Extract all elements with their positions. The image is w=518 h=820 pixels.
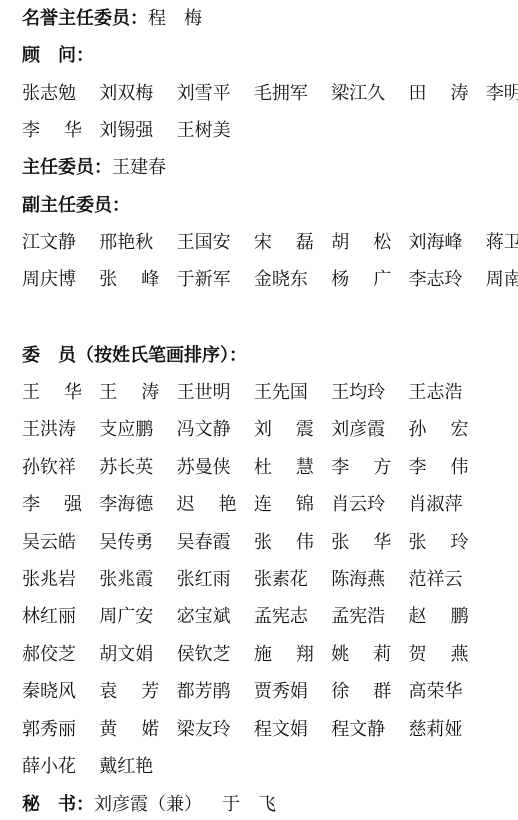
person-name: 张素花 — [254, 566, 314, 594]
person-name: 程文娟 — [254, 716, 314, 744]
secretary-name-2: 于 飞 — [222, 794, 276, 815]
person-name: 王先国 — [254, 379, 314, 407]
person-name: 范祥云 — [409, 566, 469, 594]
person-name: 胡松 — [331, 229, 391, 257]
person-name: 吴传勇 — [99, 529, 159, 557]
director-line: 主任委员：王建春 — [22, 154, 166, 182]
person-name: 刘雪平 — [177, 80, 237, 108]
person-name: 刘海峰 — [409, 229, 469, 257]
director-label: 主任委员： — [22, 157, 112, 178]
person-name: 贺燕 — [409, 641, 469, 669]
person-name: 张华 — [331, 529, 391, 557]
person-name: 李明龙 — [486, 80, 518, 108]
advisors-heading: 顾 问： — [22, 42, 94, 70]
person-name: 王国安 — [177, 229, 237, 257]
person-name: 都芳鹃 — [177, 678, 237, 706]
person-name: 苏曼侠 — [177, 454, 237, 482]
advisors-label: 顾 问： — [22, 45, 94, 66]
person-name: 李志玲 — [409, 266, 469, 294]
person-name: 秦晓风 — [22, 678, 82, 706]
person-name: 王志浩 — [409, 379, 469, 407]
person-name: 胡文娟 — [99, 641, 159, 669]
person-name: 陈海燕 — [331, 566, 391, 594]
person-name: 刘双梅 — [99, 80, 159, 108]
person-name: 邢艳秋 — [99, 229, 159, 257]
members-heading: 委 员（按姓氏笔画排序）： — [22, 342, 247, 370]
person-name: 李伟 — [409, 454, 469, 482]
person-name: 冯文静 — [177, 416, 237, 444]
person-name: 田涛 — [409, 80, 469, 108]
person-name: 迟艳 — [177, 491, 237, 519]
person-name: 王涛 — [99, 379, 159, 407]
person-name: 张玲 — [409, 529, 469, 557]
person-name: 周广安 — [99, 603, 159, 631]
person-name: 金晓东 — [254, 266, 314, 294]
person-name: 薛小花 — [22, 753, 82, 781]
honorary-director-line: 名誉主任委员：程 梅 — [22, 5, 202, 33]
person-name: 杜慧 — [254, 454, 314, 482]
person-name: 张兆霞 — [99, 566, 159, 594]
person-name: 毛拥军 — [254, 80, 314, 108]
vice-directors-label: 副主任委员： — [22, 195, 130, 216]
person-name: 王华 — [22, 379, 82, 407]
person-name: 王均玲 — [331, 379, 391, 407]
person-name: 李方 — [331, 454, 391, 482]
person-name: 宓宝斌 — [177, 603, 237, 631]
person-name: 贾秀娟 — [254, 678, 314, 706]
person-name: 于新军 — [177, 266, 237, 294]
honorary-director-label: 名誉主任委员： — [22, 8, 148, 29]
vice-directors-heading: 副主任委员： — [22, 192, 130, 220]
person-name: 蒋卫东 — [486, 229, 518, 257]
person-name: 刘彦霞 — [331, 416, 391, 444]
person-name: 梁友玲 — [177, 716, 237, 744]
person-name: 施翔 — [254, 641, 314, 669]
person-name: 刘锡强 — [99, 117, 159, 145]
person-name: 杨广 — [331, 266, 391, 294]
person-name: 宋磊 — [254, 229, 314, 257]
person-name: 周庆博 — [22, 266, 82, 294]
person-name: 程文静 — [331, 716, 391, 744]
person-name: 郭秀丽 — [22, 716, 82, 744]
secretary-line: 秘 书：刘彦霞（兼）于 飞 — [22, 791, 276, 819]
person-name: 孙宏 — [409, 416, 469, 444]
person-name: 黄婼 — [99, 716, 159, 744]
honorary-director-name: 程 梅 — [148, 8, 202, 29]
person-name: 徐群 — [331, 678, 391, 706]
person-name: 王树美 — [177, 117, 237, 145]
person-name: 慈莉娅 — [409, 716, 469, 744]
person-name: 王洪涛 — [22, 416, 82, 444]
person-name: 孙钦祥 — [22, 454, 82, 482]
secretary-label: 秘 书： — [22, 794, 94, 815]
person-name: 支应鹏 — [99, 416, 159, 444]
person-name: 张兆岩 — [22, 566, 82, 594]
person-name: 张峰 — [99, 266, 159, 294]
person-name: 吴春霞 — [177, 529, 237, 557]
person-name: 赵鹏 — [409, 603, 469, 631]
person-name: 吴云皓 — [22, 529, 82, 557]
person-name: 张红雨 — [177, 566, 237, 594]
person-name: 孟宪浩 — [331, 603, 391, 631]
person-name: 梁江久 — [331, 80, 391, 108]
person-name: 袁芳 — [99, 678, 159, 706]
person-name: 王世明 — [177, 379, 237, 407]
person-name: 李海德 — [99, 491, 159, 519]
person-name: 戴红艳 — [99, 753, 159, 781]
person-name: 肖云玲 — [331, 491, 391, 519]
person-name: 林红丽 — [22, 603, 82, 631]
person-name: 李强 — [22, 491, 82, 519]
person-name: 张伟 — [254, 529, 314, 557]
members-label: 委 员（按姓氏笔画排序）： — [22, 345, 247, 366]
person-name: 侯钦芝 — [177, 641, 237, 669]
person-name: 刘震 — [254, 416, 314, 444]
person-name: 肖淑萍 — [409, 491, 469, 519]
person-name: 连锦 — [254, 491, 314, 519]
person-name: 张志勉 — [22, 80, 82, 108]
person-name: 孟宪志 — [254, 603, 314, 631]
person-name: 江文静 — [22, 229, 82, 257]
person-name: 姚莉 — [331, 641, 391, 669]
person-name: 周南南 — [486, 266, 518, 294]
person-name: 高荣华 — [409, 678, 469, 706]
person-name: 苏长英 — [99, 454, 159, 482]
secretary-name-1: 刘彦霞（兼） — [94, 794, 202, 815]
person-name: 郝佼芝 — [22, 641, 82, 669]
director-name: 王建春 — [112, 157, 166, 178]
person-name: 李华 — [22, 117, 82, 145]
